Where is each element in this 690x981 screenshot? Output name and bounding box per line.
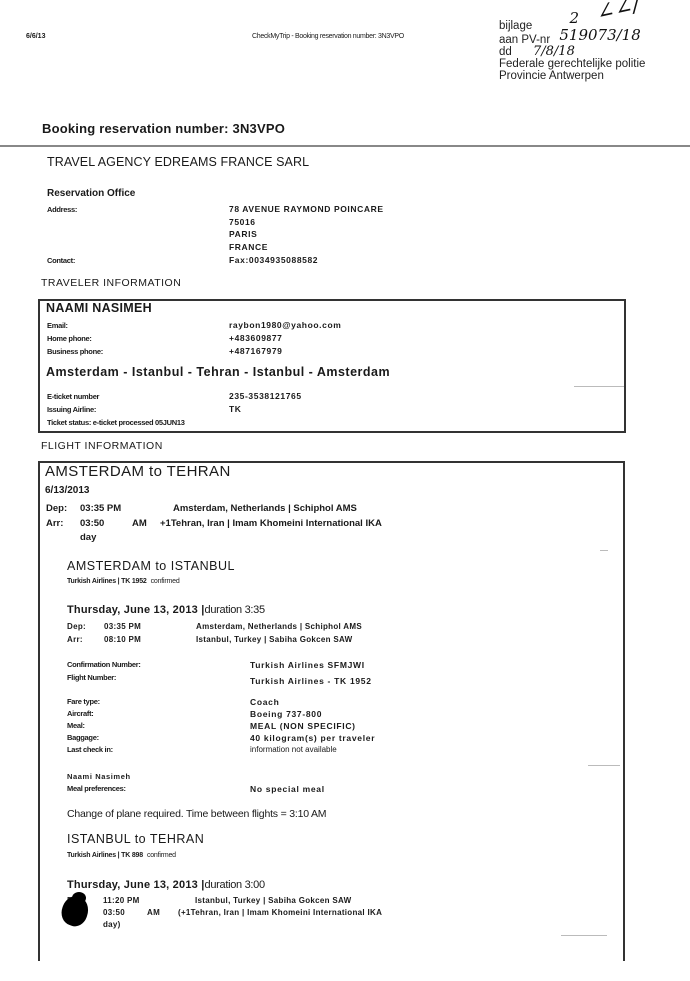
segment-1-dep-label: Dep: (67, 622, 86, 631)
trip-arr-suffix: day (80, 532, 96, 543)
fare-type-label: Fare type: (67, 697, 100, 706)
segment-1-arr-label: Arr: (67, 635, 83, 644)
contact-label: Contact: (47, 256, 75, 265)
flight-number-label: Flight Number: (67, 673, 116, 682)
trip-title: AMSTERDAM to TEHRAN (45, 463, 231, 480)
traveler-name: NAAMI NASIMEH (46, 301, 152, 315)
segment-2-carrier: Turkish Airlines | TK 898confirmed (67, 852, 176, 859)
aircraft-value: Boeing 737-800 (250, 709, 322, 719)
segment-2-date-text: Thursday, June 13, 2013 | (67, 879, 205, 891)
stamp-line-dd: dd 7/8/18 (499, 46, 645, 58)
fare-type-value: Coach (250, 697, 279, 707)
segment-2-date: Thursday, June 13, 2013 |duration 3:00 (67, 879, 265, 891)
contact-value: Fax:0034935088582 (229, 255, 318, 265)
segment-2-dep-place: Istanbul, Turkey | Sabiha Gokcen SAW (195, 896, 351, 905)
home-phone-value: +483609877 (229, 333, 283, 343)
segment-1-dep-place: Amsterdam, Netherlands | Schiphol AMS (196, 622, 362, 631)
meal-preferences-label: Meal preferences: (67, 784, 126, 793)
segment-2-title: ISTANBUL to TEHRAN (67, 832, 204, 846)
eticket-value: 235-3538121765 (229, 391, 302, 401)
meal-preferences-value: No special meal (250, 784, 325, 794)
stamp-line-pv: aan PV-nr 519073/18 (499, 32, 645, 46)
segment-1-dep-time: 03:35 PM (104, 622, 141, 631)
eticket-label: E-ticket number (47, 392, 99, 401)
reservation-office-heading: Reservation Office (47, 188, 135, 199)
email-value: raybon1980@yahoo.com (229, 320, 341, 330)
segment-2-duration: duration 3:00 (205, 879, 265, 891)
traveler-section-heading: TRAVELER INFORMATION (41, 277, 181, 289)
change-of-plane-notice: Change of plane required. Time between f… (67, 808, 326, 820)
segment-2-arr-suffix: day) (103, 920, 121, 929)
home-phone-label: Home phone: (47, 334, 92, 343)
flight-section-heading: FLIGHT INFORMATION (41, 440, 163, 452)
confirmation-number-label: Confirmation Number: (67, 660, 141, 669)
segment-1-date-text: Thursday, June 13, 2013 | (67, 604, 205, 616)
last-check-in-value: information not available (250, 745, 337, 754)
scan-artifact (600, 550, 608, 551)
print-page-title: CheckMyTrip - Booking reservation number… (252, 33, 404, 40)
address-line-4: FRANCE (229, 242, 268, 252)
issuing-airline-label: Issuing Airline: (47, 405, 96, 414)
print-date: 6/6/13 (26, 33, 45, 40)
trip-arr-ampm: AM (132, 518, 147, 529)
aircraft-label: Aircraft: (67, 709, 93, 718)
meal-value: MEAL (NON SPECIFIC) (250, 721, 356, 731)
email-label: Email: (47, 321, 68, 330)
segment-2-arr-time: 03:50 (103, 908, 125, 917)
scan-artifact (561, 935, 607, 936)
segment-2-arr-ampm: AM (147, 908, 160, 917)
stamp-dd-label: dd (499, 46, 512, 58)
stamp-line-province: Provincie Antwerpen (499, 70, 645, 82)
confirmation-number-value: Turkish Airlines SFMJWI (250, 660, 365, 670)
trip-arr-place: +1Tehran, Iran | Imam Khomeini Internati… (160, 518, 382, 529)
baggage-label: Baggage: (67, 733, 99, 742)
stamp-dd-value: 7/8/18 (533, 44, 575, 59)
header-divider (0, 145, 690, 147)
address-line-2: 75016 (229, 217, 256, 227)
baggage-value: 40 kilogram(s) per traveler (250, 733, 375, 743)
itinerary-route: Amsterdam - Istanbul - Tehran - Istanbul… (46, 365, 390, 379)
scan-artifact (574, 386, 624, 387)
segment-1-title: AMSTERDAM to ISTANBUL (67, 559, 235, 573)
police-stamp: bijlage 2 aan PV-nr 519073/18 dd 7/8/18 … (499, 18, 645, 82)
stamp-line-federal: Federale gerechtelijke politie (499, 58, 645, 70)
meal-label: Meal: (67, 721, 85, 730)
ink-blot-small (72, 892, 86, 904)
trip-dep-place: Amsterdam, Netherlands | Schiphol AMS (173, 503, 357, 514)
address-label: Address: (47, 205, 77, 214)
segment-1-carrier: Turkish Airlines | TK 1952confirmed (67, 578, 180, 585)
ticket-status: Ticket status: e-ticket processed 05JUN1… (47, 418, 185, 427)
trip-arr-label: Arr: (46, 518, 63, 529)
booking-title: Booking reservation number: 3N3VPO (42, 121, 285, 136)
stamp-bijlage-label: bijlage (499, 20, 532, 32)
issuing-airline-value: TK (229, 404, 242, 414)
trip-dep-time: 03:35 PM (80, 503, 121, 514)
trip-date: 6/13/2013 (45, 485, 90, 496)
segment-2-arr-place: (+1Tehran, Iran | Imam Khomeini Internat… (178, 908, 382, 917)
address-line-1: 78 AVENUE RAYMOND POINCARE (229, 204, 384, 214)
stamp-bijlage-value: 2 (569, 9, 579, 27)
trip-dep-label: Dep: (46, 503, 67, 514)
segment-2-carrier-name: Turkish Airlines | TK 898 (67, 852, 143, 859)
segment-1-duration: duration 3:35 (205, 604, 265, 616)
segment-1-carrier-name: Turkish Airlines | TK 1952 (67, 578, 147, 585)
last-check-in-label: Last check in: (67, 745, 113, 754)
segment-1-status: confirmed (151, 578, 180, 585)
scan-artifact (588, 765, 620, 766)
segment-2-dep-time: 11:20 PM (103, 896, 140, 905)
segment-2-status: confirmed (147, 852, 176, 859)
agency-name: TRAVEL AGENCY EDREAMS FRANCE SARL (47, 155, 309, 169)
business-phone-label: Business phone: (47, 347, 103, 356)
stamp-pv-value: 519073/18 (559, 26, 640, 44)
segment-1-date: Thursday, June 13, 2013 |duration 3:35 (67, 604, 265, 616)
trip-arr-time: 03:50 (80, 518, 104, 529)
segment-1-arr-place: Istanbul, Turkey | Sabiha Gokcen SAW (196, 635, 352, 644)
segment-1-arr-time: 08:10 PM (104, 635, 141, 644)
business-phone-value: +487167979 (229, 346, 283, 356)
flight-number-value: Turkish Airlines - TK 1952 (250, 676, 372, 686)
address-line-3: PARIS (229, 229, 257, 239)
passenger-name: Naami Nasimeh (67, 772, 131, 781)
